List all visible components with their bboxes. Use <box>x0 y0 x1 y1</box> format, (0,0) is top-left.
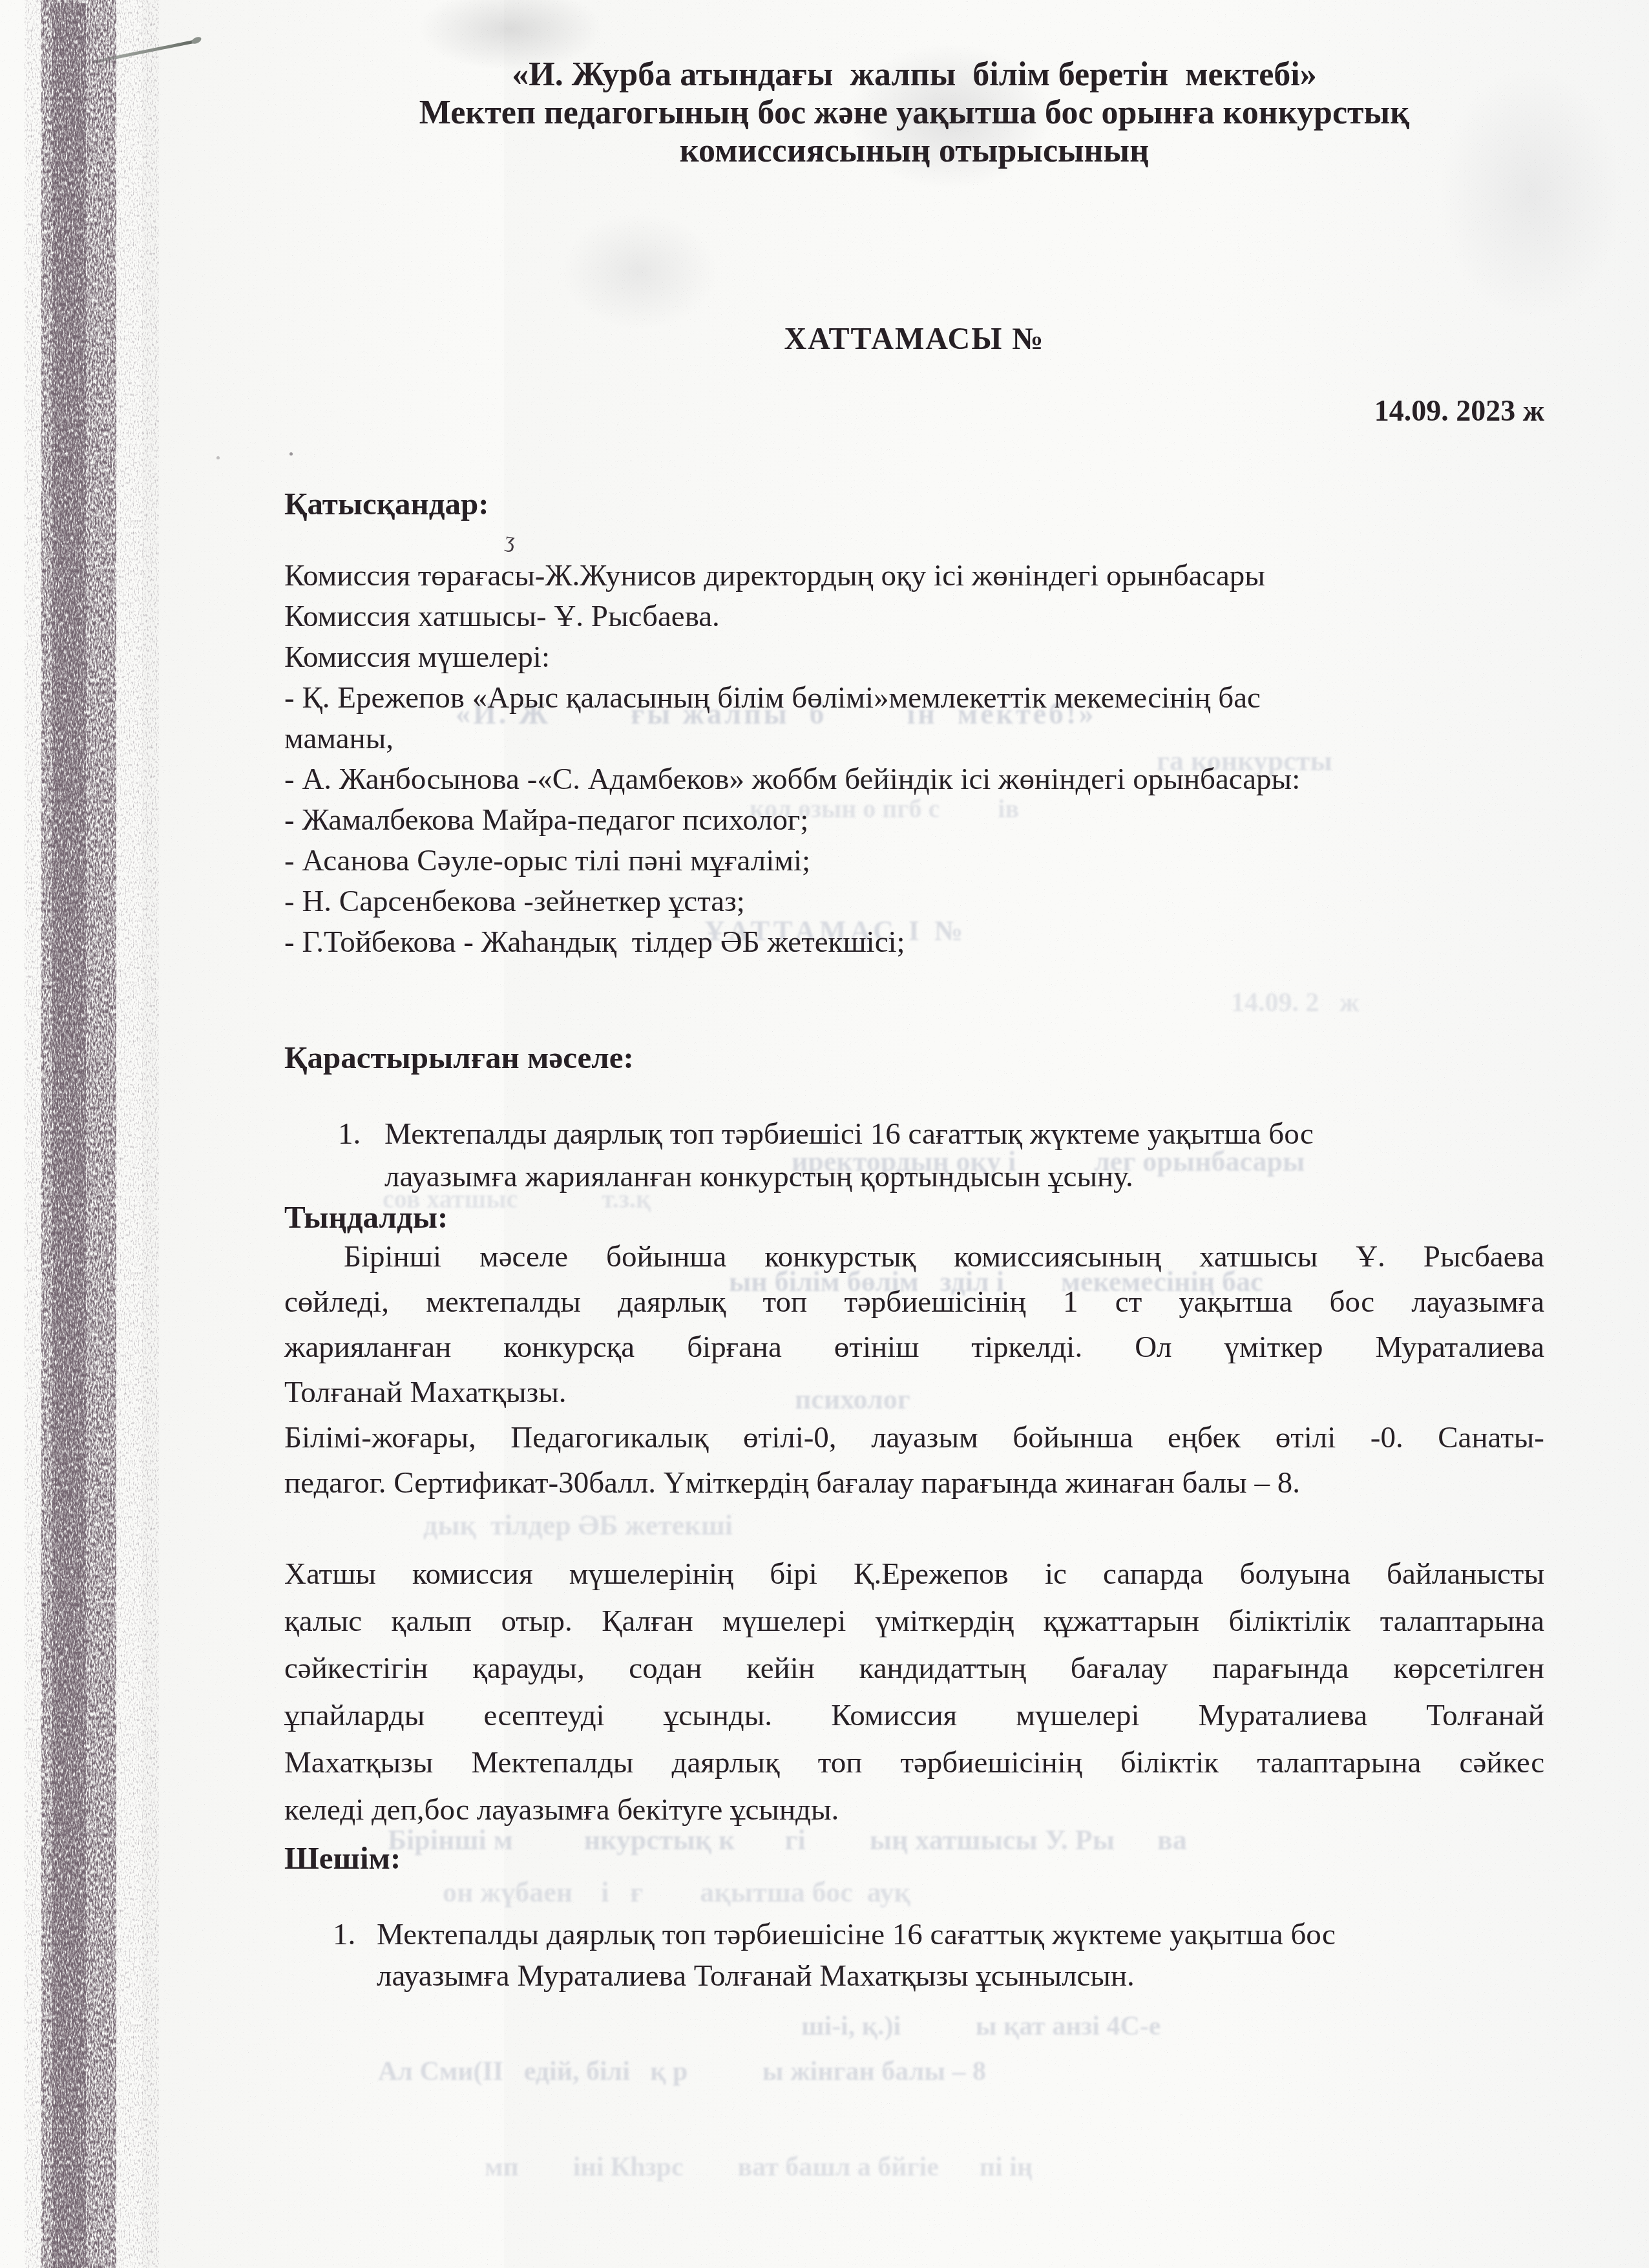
participants-heading: Қатысқандар: <box>284 483 489 524</box>
paragraph-line: Хатшы комиссия мүшелерінің бірі Қ.Ережеп… <box>284 1551 1544 1598</box>
decision-item-line: лауазымға Мураталиева Толғанай Махатқызы… <box>377 1955 1566 1997</box>
agenda-item: 1. Мектепалды даярлық топ тәрбиешісі 16 … <box>338 1113 1541 1198</box>
paragraph-line: ұпайларды есептеуді ұсынды. Комиссия мүш… <box>284 1692 1544 1739</box>
participant-line: Комиссия төрағасы-Ж.Жунисов директордың … <box>284 556 1544 596</box>
decision-item-line: Мектепалды даярлық топ тәрбиешісіне 16 с… <box>377 1914 1566 1955</box>
decision-heading: Шешім: <box>284 1838 401 1878</box>
ghost-text-line: ші-і, қ.)і ы қат анзі 4С-е <box>801 2011 1161 2042</box>
item-number: 1. <box>333 1914 377 1955</box>
protocol-heading: ХАТТАМАСЫ № <box>284 321 1544 357</box>
paragraph-line: Білімі-жоғары, Педагогикалық өтілі-0, ла… <box>284 1415 1544 1460</box>
participants-list: Комиссия төрағасы-Ж.Жунисов директордың … <box>284 556 1544 963</box>
left-scan-band <box>45 21 112 2250</box>
participant-line: - Г.Тойбекова - Жаһандық тілдер ӘБ жетек… <box>284 922 1544 963</box>
left-scan-band <box>31 19 152 2252</box>
ghost-text-line: он жүбаен і ғ ақытша бос ауқ <box>443 1876 910 1909</box>
paragraph-line: Толғанай Махатқызы. <box>284 1370 1544 1415</box>
participant-line: маманы, <box>284 719 1544 759</box>
paragraph-line: қалыс қалып отыр. Қалған мүшелері үмітке… <box>284 1598 1544 1645</box>
agenda-item-line: Мектепалды даярлық топ тәрбиешісі 16 сағ… <box>384 1113 1541 1155</box>
ghost-text-line: 14.09. 2 ж <box>1231 987 1359 1018</box>
participant-line: Комиссия хатшысы- Ұ. Рысбаева. <box>284 596 1544 637</box>
paragraph-line: сәйкестігін қарауды, содан кейін кандида… <box>284 1645 1544 1692</box>
ink-dot <box>216 456 220 459</box>
heard-paragraph-3: Хатшы комиссия мүшелерінің бірі Қ.Ережеп… <box>284 1551 1544 1834</box>
ghost-text-line: дық тілдер ӘБ жетекші <box>423 1509 733 1542</box>
ghost-text-line: мп іні Кһзрс ват башл а бйгіе пі ің <box>485 2152 1033 2183</box>
document-title: «И. Журба атындағы жалпы білім беретін м… <box>284 56 1544 170</box>
document-date: 14.09. 2023 ж <box>284 394 1544 428</box>
agenda-item-line: лауазымға жарияланған конкурстың қортынд… <box>384 1155 1541 1198</box>
paragraph-line: келеді деп,бос лауазымға бекітуге ұсынды… <box>284 1787 1544 1834</box>
left-scan-band <box>54 26 84 2247</box>
participant-line: Комиссия мүшелері: <box>284 637 1544 678</box>
ink-mark: ʒ <box>503 528 516 554</box>
ghost-text-line: Ал Сми(ІІ едій, білі қ р ы жінган балы –… <box>378 2056 986 2087</box>
heard-paragraph-2: Білімі-жоғары, Педагогикалық өтілі-0, ла… <box>284 1415 1544 1506</box>
participant-line: - Асанова Сәуле-орыс тілі пәні мұғалімі; <box>284 841 1544 881</box>
document-title-line: комиссиясының отырысының <box>284 132 1544 170</box>
document-title-line: «И. Журба атындағы жалпы білім беретін м… <box>284 56 1544 94</box>
agenda-heading: Қарастырылған мәселе: <box>284 1037 634 1078</box>
participant-line: - Жамалбекова Майра-педагог психолог; <box>284 800 1544 841</box>
scanned-document-page: «И. Ж ғы жалпы б ін мектеб!» га конкурст… <box>0 0 1649 2268</box>
paragraph-line: сөйледі, мектепалды даярлық топ тәрбиеші… <box>284 1279 1544 1325</box>
participant-line: - Қ. Ережепов «Арыс қаласының білім бөлі… <box>284 678 1544 719</box>
paragraph-line: жарияланған конкурсқа бірғана өтініш тір… <box>284 1325 1544 1370</box>
paragraph-line: Бірінші мәселе бойынша конкурстық комисс… <box>284 1234 1544 1279</box>
participant-line: - Н. Сарсенбекова -зейнеткер ұстаз; <box>284 881 1544 922</box>
item-number: 1. <box>338 1113 382 1155</box>
paragraph-line: Махатқызы Мектепалды даярлық топ тәрбиеш… <box>284 1739 1544 1787</box>
paragraph-line: педагог. Сертификат-30балл. Үміткердің б… <box>284 1460 1544 1506</box>
ink-dot <box>289 452 293 456</box>
decision-item: 1. Мектепалды даярлық топ тәрбиешісіне 1… <box>333 1914 1566 1997</box>
document-title-line: Мектеп педагогының бос және уақытша бос … <box>284 94 1544 132</box>
heard-paragraph-1: Бірінші мәселе бойынша конкурстық комисс… <box>284 1234 1544 1415</box>
pen-line-artifact-tip <box>191 36 202 45</box>
participant-line: - А. Жанбосынова -«С. Адамбеков» жоббм б… <box>284 759 1544 800</box>
heard-heading: Тыңдалды: <box>284 1197 448 1237</box>
pen-line-artifact <box>92 39 199 64</box>
